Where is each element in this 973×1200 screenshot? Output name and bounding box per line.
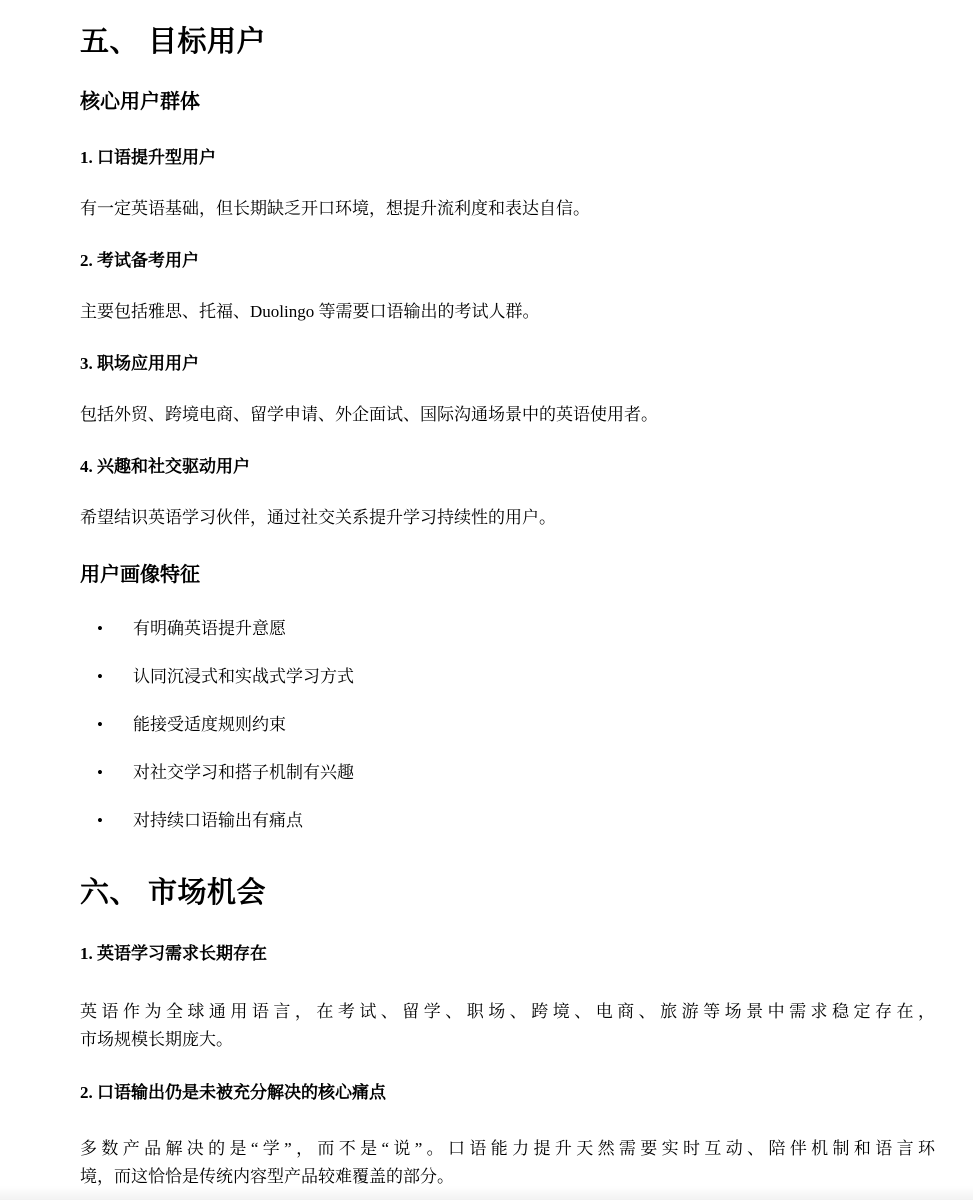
section-target-users: 五、目标用户 核心用户群体 1. 口语提升型用户 有一定英语基础，但长期缺乏开口…	[80, 26, 935, 835]
user-group-desc: 主要包括雅思、托福、Duolingo 等需要口语输出的考试人群。	[80, 298, 935, 326]
bullet-icon: •	[97, 615, 103, 643]
persona-bullet-list: •有明确英语提升意愿 •认同沉浸式和实战式学习方式 •能接受适度规则约束 •对社…	[80, 615, 935, 835]
bullet-icon: •	[97, 663, 103, 691]
market-point-2: 2. 口语输出仍是未被充分解决的核心痛点 多数产品解决的是“学”，而不是“说”。…	[80, 1082, 935, 1191]
user-group-3: 3. 职场应用用户 包括外贸、跨境电商、留学申请、外企面试、国际沟通场景中的英语…	[80, 353, 935, 429]
document-page: 五、目标用户 核心用户群体 1. 口语提升型用户 有一定英语基础，但长期缺乏开口…	[0, 0, 973, 1200]
market-point-desc: 多数产品解决的是“学”，而不是“说”。口语能力提升天然需要实时互动、陪伴机制和语…	[80, 1135, 935, 1191]
user-group-desc: 希望结识英语学习伙伴，通过社交关系提升学习持续性的用户。	[80, 504, 935, 532]
market-point-desc: 英语作为全球通用语言，在考试、留学、职场、跨境、电商、旅游等场景中需求稳定存在，…	[80, 998, 935, 1054]
bullet-icon: •	[97, 807, 103, 835]
market-point-1: 1. 英语学习需求长期存在 英语作为全球通用语言，在考试、留学、职场、跨境、电商…	[80, 943, 935, 1054]
section-number: 五、	[80, 26, 139, 58]
section-heading-market-opportunity: 六、市场机会	[80, 877, 935, 910]
list-item: •对社交学习和搭子机制有兴趣	[80, 759, 935, 787]
list-item: •对持续口语输出有痛点	[80, 807, 935, 835]
user-group-label: 4. 兴趣和社交驱动用户	[80, 456, 935, 478]
market-point-label: 1. 英语学习需求长期存在	[80, 943, 935, 965]
user-group-label: 2. 考试备考用户	[80, 250, 935, 272]
user-group-desc: 包括外贸、跨境电商、留学申请、外企面试、国际沟通场景中的英语使用者。	[80, 401, 935, 429]
subheading-core-user-groups: 核心用户群体	[80, 89, 935, 115]
bullet-icon: •	[97, 711, 103, 739]
section-title: 市场机会	[148, 877, 266, 909]
list-item-text: 认同沉浸式和实战式学习方式	[133, 667, 354, 686]
subheading-user-persona: 用户画像特征	[80, 562, 935, 588]
user-group-label: 3. 职场应用用户	[80, 353, 935, 375]
list-item-text: 能接受适度规则约束	[133, 715, 286, 734]
list-item: •有明确英语提升意愿	[80, 615, 935, 643]
market-point-label: 2. 口语输出仍是未被充分解决的核心痛点	[80, 1082, 935, 1104]
bullet-icon: •	[97, 759, 103, 787]
user-group-1: 1. 口语提升型用户 有一定英语基础，但长期缺乏开口环境，想提升流利度和表达自信…	[80, 147, 935, 223]
section-market-opportunity: 六、市场机会 1. 英语学习需求长期存在 英语作为全球通用语言，在考试、留学、职…	[80, 877, 935, 1191]
list-item-text: 对社交学习和搭子机制有兴趣	[133, 763, 354, 782]
paragraph-line: 英语作为全球通用语言，在考试、留学、职场、跨境、电商、旅游等场景中需求稳定存在，	[80, 998, 935, 1026]
section-title: 目标用户	[148, 26, 266, 58]
user-group-desc: 有一定英语基础，但长期缺乏开口环境，想提升流利度和表达自信。	[80, 195, 935, 223]
paragraph-line: 多数产品解决的是“学”，而不是“说”。口语能力提升天然需要实时互动、陪伴机制和语…	[80, 1135, 935, 1163]
section-heading-target-users: 五、目标用户	[80, 26, 935, 59]
user-group-2: 2. 考试备考用户 主要包括雅思、托福、Duolingo 等需要口语输出的考试人…	[80, 250, 935, 326]
user-group-4: 4. 兴趣和社交驱动用户 希望结识英语学习伙伴，通过社交关系提升学习持续性的用户…	[80, 456, 935, 532]
list-item: •认同沉浸式和实战式学习方式	[80, 663, 935, 691]
user-group-label: 1. 口语提升型用户	[80, 147, 935, 169]
list-item: •能接受适度规则约束	[80, 711, 935, 739]
section-number: 六、	[80, 877, 139, 909]
paragraph-line: 境，而这恰恰是传统内容型产品较难覆盖的部分。	[80, 1163, 935, 1191]
paragraph-line: 市场规模长期庞大。	[80, 1026, 935, 1054]
list-item-text: 对持续口语输出有痛点	[133, 811, 303, 830]
list-item-text: 有明确英语提升意愿	[133, 619, 286, 638]
